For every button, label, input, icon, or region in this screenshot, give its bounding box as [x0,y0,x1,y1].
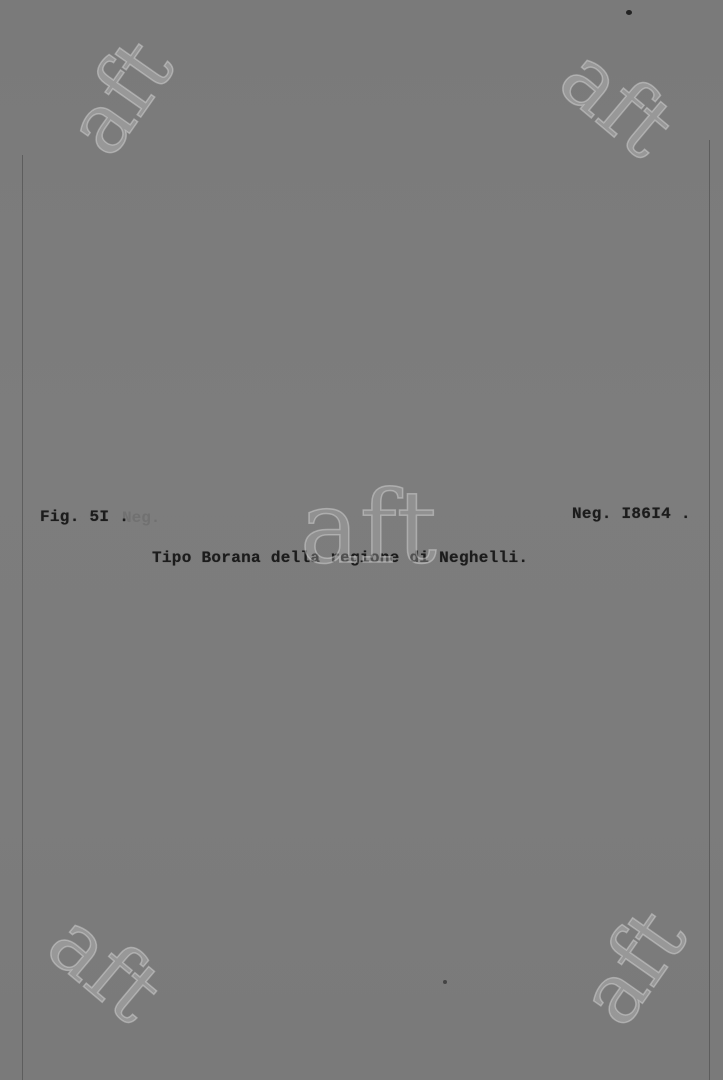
negative-number: Neg. I86I4 . [572,505,691,523]
card-right-edge-line [709,140,710,1080]
dust-speck [443,980,447,984]
watermark-bottom-left: aft [34,898,176,1036]
index-card: aft aft aft aft Neg. Fig. 5I . Neg. I86I… [0,0,723,1080]
watermark-top-right: aft [546,33,688,171]
watermark-bottom-right: aft [565,896,700,1038]
watermark-center: aft [300,478,437,578]
dust-speck [626,10,632,15]
card-left-edge-line [22,155,23,1080]
figure-number: Fig. 5I . [40,508,129,526]
watermark-top-left: aft [52,26,187,168]
